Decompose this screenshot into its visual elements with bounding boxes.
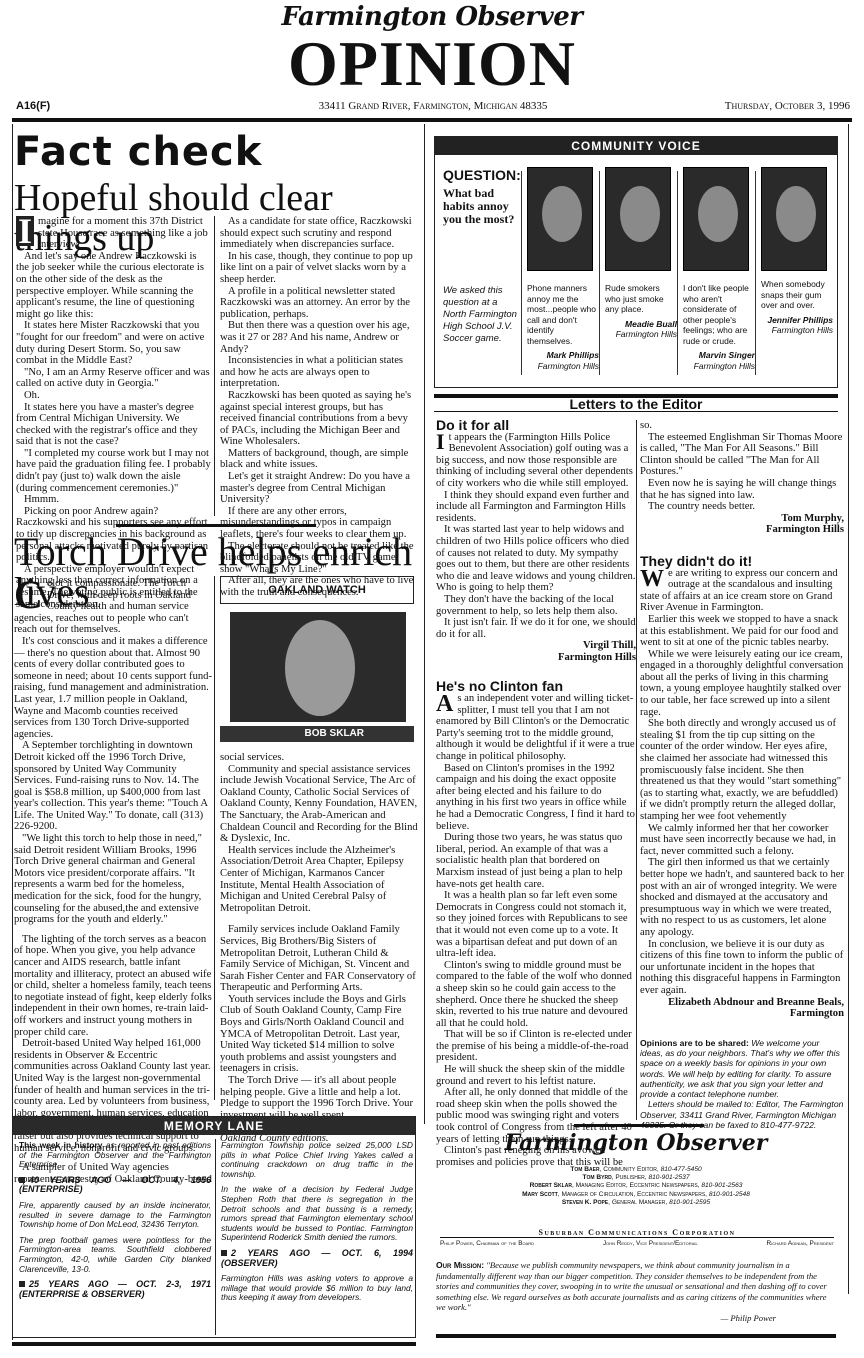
column-divider: [599, 171, 600, 375]
paragraph: It states here you have a master's degre…: [16, 402, 212, 448]
memory-item: The prep football games were pointless f…: [19, 1236, 211, 1274]
staff-name: Tom Byrd: [582, 1174, 611, 1181]
face-shape: [542, 186, 582, 242]
officer: Philip Power, Chairman of the Board: [440, 1240, 534, 1247]
square-bullet-icon: [221, 1250, 227, 1256]
respondent-photo: [527, 167, 593, 271]
dropcap: W: [640, 568, 664, 590]
community-voice-title: COMMUNITY VOICE: [435, 137, 837, 155]
paragraph: magine for a moment this 37th District s…: [16, 216, 212, 251]
staff-name: Tom Baer: [570, 1166, 599, 1173]
paragraph: That will be so if Clinton is re-elected…: [436, 1029, 636, 1064]
staff-role: Community Editor: [603, 1166, 657, 1173]
paragraph: Let's get it straight Andrew: Do you hav…: [220, 471, 418, 506]
face-shape: [776, 186, 816, 242]
staff-phone: 810-901-2563: [701, 1182, 742, 1189]
mission-statement: Our Mission: "Because we publish communi…: [436, 1260, 836, 1324]
bottom-rule: [436, 1334, 836, 1338]
letter-location: Farmington Hills: [640, 524, 844, 536]
staff-entry: Tom Baer, Community Editor, 810-477-5450: [434, 1166, 838, 1174]
respondent: I don't like people who aren't considera…: [683, 167, 755, 371]
question-text: What bad habits annoy you the most?: [443, 187, 517, 226]
paragraph: so.: [640, 420, 844, 432]
respondent-photo: [605, 167, 671, 271]
letters-policy: Opinions are to be shared: We welcome yo…: [640, 1038, 844, 1100]
headline-rule: [116, 524, 316, 527]
paragraph: I think they should expand even further …: [436, 490, 636, 525]
paragraph: olor it compassionate. The Torch Drive, …: [14, 578, 212, 636]
officer: Richard Aginian, President: [767, 1240, 834, 1247]
column-divider: [677, 171, 678, 375]
paragraph: In his case, though, they continue to po…: [220, 251, 418, 286]
corporation-name: Suburban Communications Corporation: [440, 1228, 834, 1238]
paragraph: s an independent voter and willing ticke…: [436, 693, 636, 763]
respondent-quote: Rude smokers who just smoke any place.: [605, 283, 677, 315]
paragraph: Raczkowski has been quoted as saying he'…: [220, 390, 418, 448]
mission-label: Our Mission:: [436, 1260, 484, 1270]
mission-attribution: — Philip Power: [436, 1313, 836, 1324]
staff-rule: [574, 1124, 704, 1127]
paragraph: It states here Mister Raczkowski that yo…: [16, 320, 212, 366]
letter-author: Tom Murphy,: [640, 513, 844, 525]
memory-heading: 40 YEARS AGO — OCT. 4, 1956 (ENTERPRISE): [19, 1176, 211, 1195]
question-note: We asked this question at a North Farmin…: [443, 285, 523, 345]
paragraph: Hmmm.: [16, 494, 212, 506]
memory-lane-box: MEMORY LANE This week in history as repo…: [12, 1116, 416, 1338]
respondent-name: Jennifer Phillips: [761, 315, 833, 326]
column-divider: [214, 576, 215, 1100]
paragraph: t appears the (Farmington Hills Police B…: [436, 432, 636, 490]
paragraph: It's cost conscious and it makes a diffe…: [14, 636, 212, 740]
paragraph: "I completed my course work but I may no…: [16, 448, 212, 494]
paragraph: The esteemed Englishman Sir Thomas Moore…: [640, 432, 844, 478]
staff-nameplate: Farmington Observer: [434, 1130, 838, 1156]
paragraph: It just isn't fair. If we do it for one,…: [436, 617, 636, 640]
face-shape: [698, 186, 738, 242]
question-label: QUESTION:: [443, 167, 517, 183]
dropcap: I: [16, 216, 34, 246]
paragraph: Community and special assistance service…: [220, 764, 418, 845]
respondent: When somebody snaps their gum over and o…: [761, 167, 833, 336]
officer: John Reddy, Vice President/Editorial: [603, 1240, 698, 1247]
paragraph: Clinton's swing to middle ground must be…: [436, 960, 636, 1030]
respondent-name: Mark Phillips: [527, 350, 599, 361]
respondent-photo: [761, 167, 827, 271]
right-page-rule: [848, 124, 849, 1294]
torch-column-1: C olor it compassionate. The Torch Drive…: [14, 578, 212, 1185]
columnist-name-band: BOB SKLAR: [220, 726, 414, 742]
paragraph: Matters of background, though, are simpl…: [220, 448, 418, 471]
column-divider: [214, 216, 215, 516]
staff-role: General Manager: [612, 1199, 666, 1206]
respondent-location: Farmington Hills: [761, 325, 833, 336]
staff-role: Managing Editor, Eccentric Newspapers: [576, 1182, 698, 1189]
column-divider: [521, 171, 522, 375]
staff-name: Steven K. Pope: [562, 1199, 608, 1206]
question-block: QUESTION: What bad habits annoy you the …: [443, 167, 517, 226]
face-shape: [285, 620, 355, 716]
column-divider: [636, 420, 637, 1120]
paragraph: Oh.: [16, 390, 212, 402]
staff-phone: 810-901-2548: [709, 1191, 750, 1198]
memory-item: Farmington Hills was asking voters to ap…: [221, 1274, 413, 1303]
oakland-watch-label: OAKLAND WATCH: [220, 576, 414, 604]
torch-column-2: social services. Community and special a…: [220, 752, 418, 1145]
paragraph: Even now he is saying he will change thi…: [640, 478, 844, 501]
paragraph: "No, I am an Army Reserve officer and wa…: [16, 367, 212, 390]
respondent-name: Marvin Singer: [683, 350, 755, 361]
square-bullet-icon: [19, 1281, 25, 1287]
staff-entry: Tom Byrd, Publisher, 810-901-2537: [434, 1174, 838, 1182]
dropcap: C: [14, 578, 43, 612]
paragraph: And let's say one Andrew Raczkowski is t…: [16, 251, 212, 321]
staff-entry: Steven K. Pope, General Manager, 810-901…: [434, 1199, 838, 1207]
respondent: Phone manners annoy me the most...people…: [527, 167, 599, 371]
letter-title: He's no Clinton fan: [436, 681, 636, 693]
respondent-photo: [683, 167, 749, 271]
issue-date: Thursday, October 3, 1996: [725, 100, 850, 112]
memory-item: In the wake of a decision by Federal Jud…: [221, 1185, 413, 1243]
square-bullet-icon: [19, 1177, 25, 1183]
memory-lane-column-1: This week in history as reported in past…: [19, 1141, 211, 1305]
staff-list: Tom Baer, Community Editor, 810-477-5450…: [434, 1166, 838, 1207]
respondent-location: Farmington Hills: [605, 329, 677, 340]
letter-location: Farmington: [640, 1008, 844, 1020]
paragraph: A profile in a political newsletter stat…: [220, 286, 418, 321]
staff-entry: Robert Sklar, Managing Editor, Eccentric…: [434, 1182, 838, 1190]
officers-row: Philip Power, Chairman of the Board John…: [440, 1240, 834, 1247]
respondent-quote: When somebody snaps their gum over and o…: [761, 279, 833, 311]
community-voice-box: COMMUNITY VOICE QUESTION: What bad habit…: [434, 136, 838, 388]
respondent-location: Farmington Hills: [683, 361, 755, 372]
staff-phone: 810-477-5450: [661, 1166, 702, 1173]
dropcap: I: [436, 432, 445, 452]
letter-author: Elizabeth Abdnour and Breanne Beals,: [640, 997, 844, 1009]
letter-location: Farmington Hills: [436, 652, 636, 664]
memory-lane-title: MEMORY LANE: [13, 1117, 415, 1135]
paragraph: During those two years, he was status qu…: [436, 832, 636, 890]
paragraph: Inconsistencies in what a politician sta…: [220, 355, 418, 390]
respondent-name: Meadie Buall: [605, 319, 677, 330]
paragraph: We calmly informed her that her coworker…: [640, 823, 844, 858]
staff-role: Manager of Circulation, Eccentric Newspa…: [561, 1191, 705, 1198]
bottom-rule: [12, 1342, 416, 1346]
paragraph: He will shuck the sheep skin of the midd…: [436, 1064, 636, 1087]
respondent: Rude smokers who just smoke any place. M…: [605, 167, 677, 340]
respondent-location: Farmington Hills: [527, 361, 599, 372]
face-shape: [620, 186, 660, 242]
dropcap: A: [436, 693, 453, 715]
paragraph: As a candidate for state office, Raczkow…: [220, 216, 418, 251]
intro-bold: This week in history: [19, 1140, 102, 1150]
paragraph: Health services include the Alzheimer's …: [220, 845, 418, 915]
paragraph: Based on Clinton's promises in the 1992 …: [436, 763, 636, 833]
columnist-photo: [230, 612, 406, 722]
staff-name: Mary Scott: [522, 1191, 558, 1198]
paragraph: Youth services include the Boys and Girl…: [220, 994, 418, 1075]
fact-check-kicker: Fact check: [14, 132, 262, 172]
respondent-quote: Phone manners annoy me the most...people…: [527, 283, 599, 346]
memory-intro: This week in history as reported in past…: [19, 1141, 211, 1170]
section-title: OPINION: [0, 32, 864, 96]
letters-column-2: so. The esteemed Englishman Sir Thomas M…: [640, 420, 844, 1130]
paragraph: It was started last year to help widows …: [436, 524, 636, 594]
paragraph: Family services include Oakland Family S…: [220, 924, 418, 994]
paragraph: They don't have the backing of the local…: [436, 594, 636, 617]
staff-phone: 810-901-2537: [648, 1174, 689, 1181]
column-divider: [755, 171, 756, 375]
paragraph: But then there was a question over his a…: [220, 320, 418, 355]
paragraph: The lighting of the torch serves as a be…: [14, 934, 212, 1038]
staff-entry: Mary Scott, Manager of Circulation, Ecce…: [434, 1191, 838, 1199]
memory-lane-column-2: Farmington Township police seized 25,000…: [221, 1141, 413, 1309]
paragraph: In conclusion, we believe it is our duty…: [640, 939, 844, 997]
paragraph: Earlier this week we stopped to have a s…: [640, 614, 844, 649]
mission-text: "Because we publish community newspapers…: [436, 1260, 827, 1312]
paragraph: social services.: [220, 752, 418, 764]
center-page-rule: [424, 124, 425, 1124]
staff-name: Robert Sklar: [530, 1182, 572, 1189]
paragraph: A September torchlighting in downtown De…: [14, 740, 212, 833]
letter-author: Virgil Thill,: [436, 640, 636, 652]
heading-text: 25 YEARS AGO — OCT. 2-3, 1971 (ENTERPRIS…: [19, 1279, 211, 1299]
staff-role: Publisher: [615, 1174, 644, 1181]
staff-phone: 810-901-2595: [669, 1199, 710, 1206]
paragraph: e are writing to express our concern and…: [640, 568, 844, 614]
memory-heading: 2 YEARS AGO — OCT. 6, 1994 (OBSERVER): [221, 1249, 413, 1268]
masthead-rule: [12, 118, 852, 122]
letter-title: Do it for all: [436, 420, 636, 432]
memory-item: Fire, apparently caused by an inside inc…: [19, 1201, 211, 1230]
heading-text: 40 YEARS AGO — OCT. 4, 1956 (ENTERPRISE): [19, 1175, 211, 1195]
paragraph: It was a health plan so far left even so…: [436, 890, 636, 960]
paragraph: While we were leisurely eating our ice c…: [640, 649, 844, 719]
paragraph: The girl then informed us that we certai…: [640, 857, 844, 938]
letter-do-it-for-all: Do it for all I t appears the (Farmingto…: [436, 420, 636, 1168]
memory-heading: 25 YEARS AGO — OCT. 2-3, 1971 (ENTERPRIS…: [19, 1280, 211, 1299]
letters-section-title: Letters to the Editor: [434, 394, 838, 412]
paragraph: The country needs better.: [640, 501, 844, 513]
paragraph: She both directly and wrongly accused us…: [640, 718, 844, 822]
column-divider: [215, 1139, 216, 1335]
policy-lead: Opinions are to be shared:: [640, 1038, 749, 1048]
respondent-quote: I don't like people who aren't considera…: [683, 283, 755, 346]
memory-item: Farmington Township police seized 25,000…: [221, 1141, 413, 1179]
paragraph: The Torch Drive — it's all about people …: [220, 1075, 418, 1121]
letter-title: They didn't do it!: [640, 556, 844, 568]
heading-text: 2 YEARS AGO — OCT. 6, 1994 (OBSERVER): [221, 1248, 413, 1268]
paragraph: "We light this torch to help those in ne…: [14, 833, 212, 926]
